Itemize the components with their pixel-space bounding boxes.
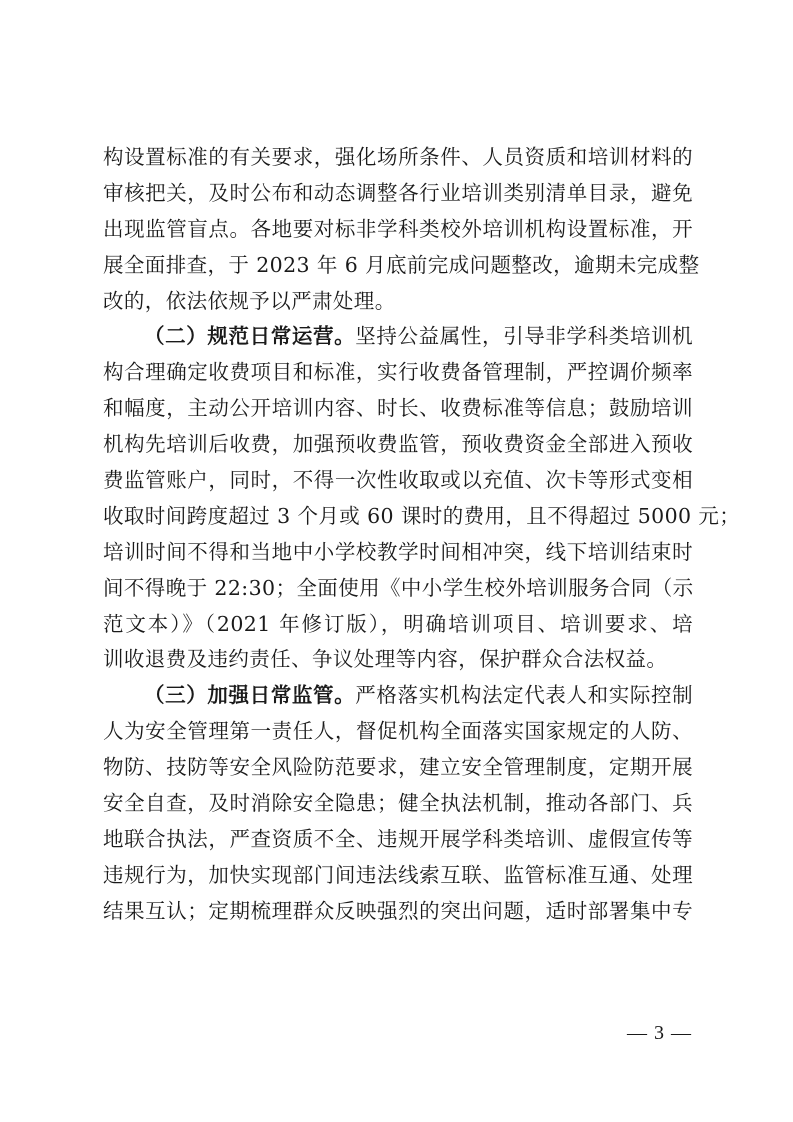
text-line: 训收退费及违约责任、争议处理等内容，保护群众合法权益。 <box>103 642 693 678</box>
text-line: 物防、技防等安全风险防范要求，建立安全管理制度，定期开展 <box>103 750 693 786</box>
text-line: 培训时间不得和当地中小学校教学时间相冲突，线下培训结束时 <box>103 535 693 571</box>
text-line: 结果互认；定期梳理群众反映强烈的突出问题，适时部署集中专 <box>103 894 693 930</box>
document-page: 构设置标准的有关要求，强化场所条件、人员资质和培训材料的 审核把关，及时公布和动… <box>0 0 793 1122</box>
text-line: 审核把关，及时公布和动态调整各行业培训类别清单目录，避免 <box>103 176 693 212</box>
page-number: — 3 — <box>627 1022 692 1045</box>
section-heading: （二）规范日常运营。 <box>144 324 355 348</box>
text-line: 机构先培训后收费，加强预收费监管，预收费资金全部进入预收 <box>103 427 693 463</box>
text-line: 地联合执法，严查资质不全、违规开展学科类培训、虚假宣传等 <box>103 822 693 858</box>
text-line: 改的，依法依规予以严肃处理。 <box>103 284 693 320</box>
text-run: 严格落实机构法定代表人和实际控制 <box>355 683 693 707</box>
section-heading: （三）加强日常监管。 <box>144 683 355 707</box>
paragraph-1: 构设置标准的有关要求，强化场所条件、人员资质和培训材料的 审核把关，及时公布和动… <box>103 140 693 319</box>
text-line: 间不得晚于 22:30；全面使用《中小学生校外培训服务合同（示 <box>103 571 693 607</box>
text-line: 费监管账户，同时，不得一次性收取或以充值、次卡等形式变相 <box>103 463 693 499</box>
text-line: 构设置标准的有关要求，强化场所条件、人员资质和培训材料的 <box>103 140 693 176</box>
text-line: （二）规范日常运营。坚持公益属性，引导非学科类培训机 <box>103 319 693 355</box>
text-line: 和幅度，主动公开培训内容、时长、收费标准等信息；鼓励培训 <box>103 391 693 427</box>
text-line: 展全面排查，于 2023 年 6 月底前完成问题整改，逾期未完成整 <box>103 248 693 284</box>
text-line: 范文本）》（2021 年修订版），明确培训项目、培训要求、培 <box>103 607 693 643</box>
paragraph-3: （三）加强日常监管。严格落实机构法定代表人和实际控制 人为安全管理第一责任人，督… <box>103 678 693 929</box>
text-line: 收取时间跨度超过 3 个月或 60 课时的费用，且不得超过 5000 元； <box>103 499 693 535</box>
body-text: 构设置标准的有关要求，强化场所条件、人员资质和培训材料的 审核把关，及时公布和动… <box>103 140 693 930</box>
text-line: （三）加强日常监管。严格落实机构法定代表人和实际控制 <box>103 678 693 714</box>
text-line: 出现监管盲点。各地要对标非学科类校外培训机构设置标准，开 <box>103 212 693 248</box>
text-run: 坚持公益属性，引导非学科类培训机 <box>355 324 693 348</box>
text-line: 安全自查，及时消除安全隐患；健全执法机制，推动各部门、兵 <box>103 786 693 822</box>
text-line: 构合理确定收费项目和标准，实行收费备管理制，严控调价频率 <box>103 355 693 391</box>
text-line: 违规行为，加快实现部门间违法线索互联、监管标准互通、处理 <box>103 858 693 894</box>
text-line: 人为安全管理第一责任人，督促机构全面落实国家规定的人防、 <box>103 714 693 750</box>
paragraph-2: （二）规范日常运营。坚持公益属性，引导非学科类培训机 构合理确定收费项目和标准，… <box>103 319 693 678</box>
